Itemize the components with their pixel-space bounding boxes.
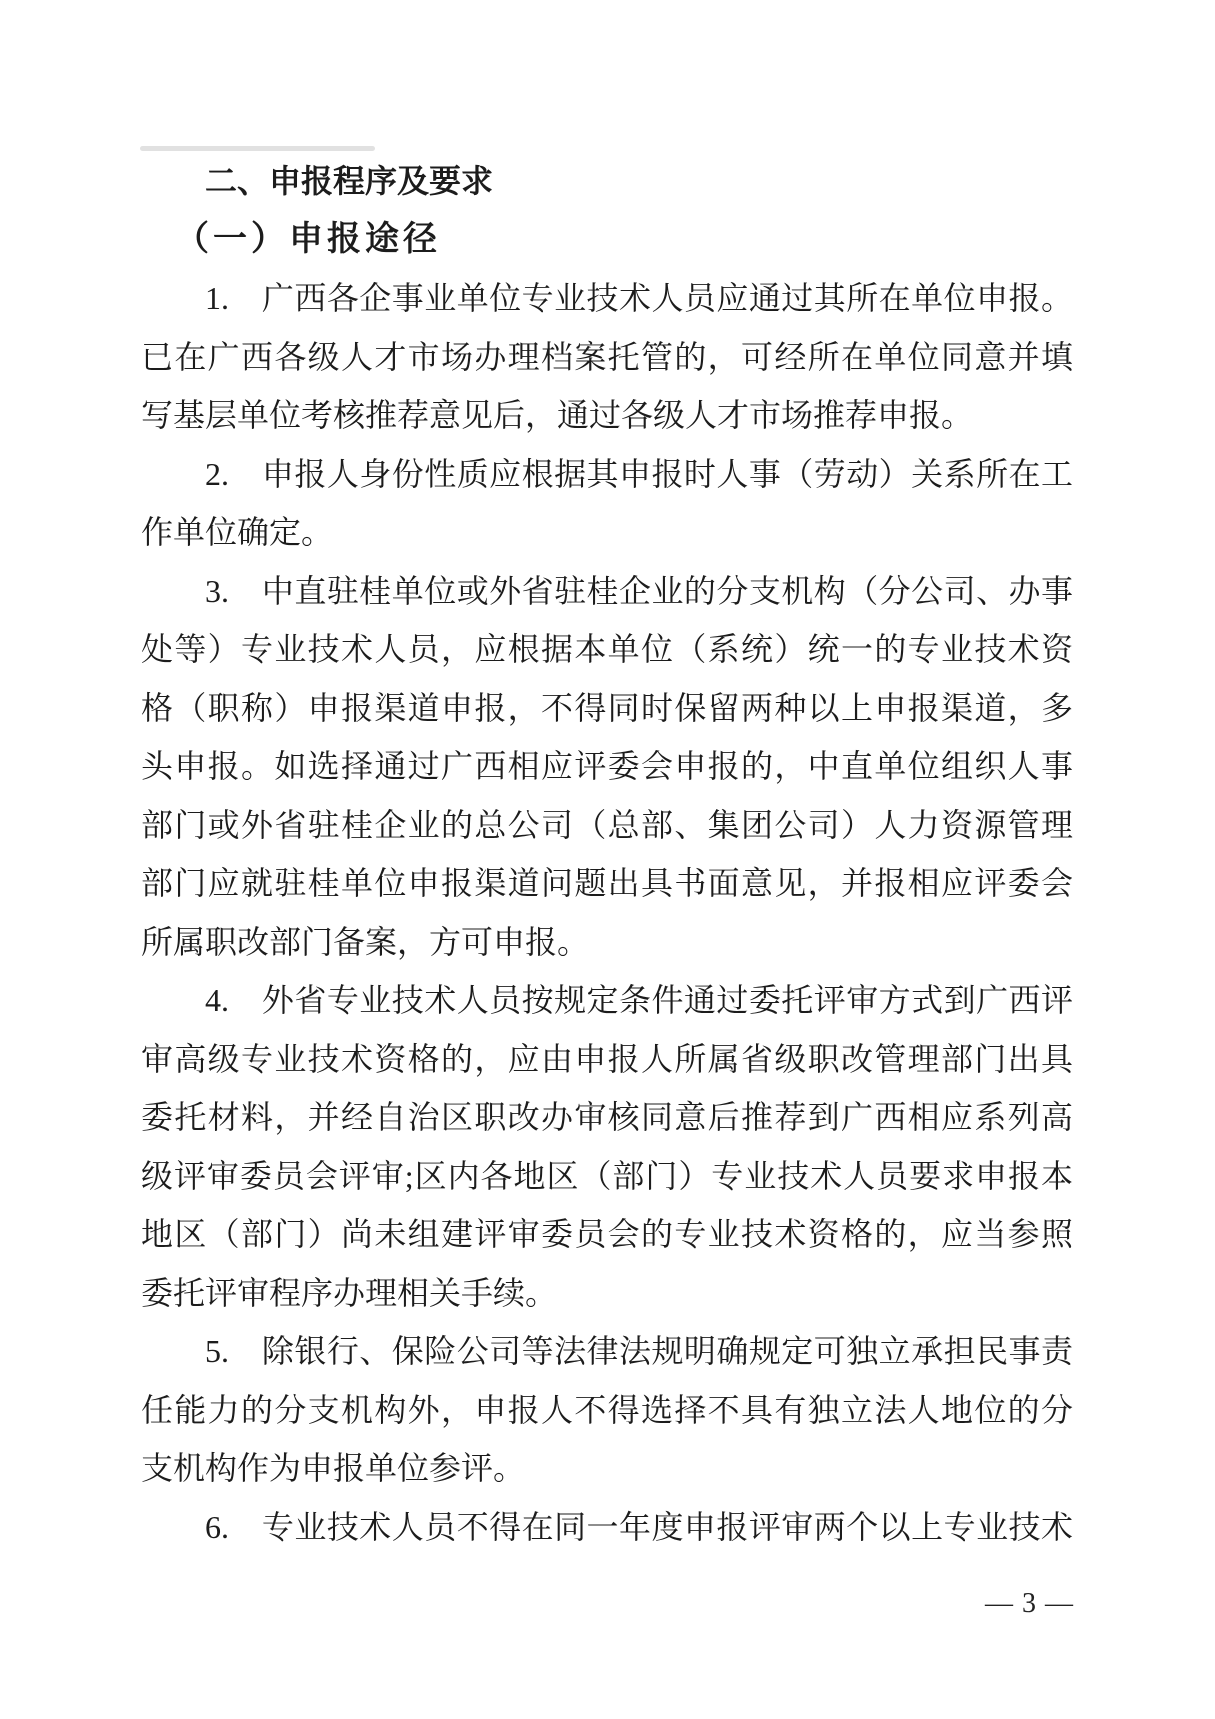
section-heading: 二、申报程序及要求 bbox=[141, 152, 1073, 211]
paragraph-line: 2. 申报人身份性质应根据其申报时人事（劳动）关系所在工 bbox=[141, 445, 1073, 504]
paragraph-line: 部门应就驻桂单位申报渠道问题出具书面意见，并报相应评委会 bbox=[141, 854, 1073, 913]
paragraph-1: 1. 广西各企事业单位专业技术人员应通过其所在单位申报。 已在广西各级人才市场办… bbox=[141, 269, 1073, 445]
document-content: 二、申报程序及要求 （一）申报途径 1. 广西各企事业单位专业技术人员应通过其所… bbox=[141, 152, 1073, 1556]
paragraph-line: 地区（部门）尚未组建评审委员会的专业技术资格的，应当参照 bbox=[141, 1205, 1073, 1264]
paragraph-3: 3. 中直驻桂单位或外省驻桂企业的分支机构（分公司、办事 处等）专业技术人员，应… bbox=[141, 562, 1073, 972]
paragraph-6: 6. 专业技术人员不得在同一年度申报评审两个以上专业技术 bbox=[141, 1498, 1073, 1557]
paragraph-line: 5. 除银行、保险公司等法律法规明确规定可独立承担民事责 bbox=[141, 1322, 1073, 1381]
subsection-heading: （一）申报途径 bbox=[141, 211, 1073, 270]
paragraph-line: 所属职改部门备案，方可申报。 bbox=[141, 913, 1073, 972]
paragraph-4: 4. 外省专业技术人员按规定条件通过委托评审方式到广西评 审高级专业技术资格的，… bbox=[141, 971, 1073, 1322]
document-page: 二、申报程序及要求 （一）申报途径 1. 广西各企事业单位专业技术人员应通过其所… bbox=[0, 0, 1215, 1719]
paragraph-line: 已在广西各级人才市场办理档案托管的，可经所在单位同意并填 bbox=[141, 328, 1073, 387]
scan-artifact bbox=[140, 146, 375, 151]
paragraph-line: 作单位确定。 bbox=[141, 503, 1073, 562]
paragraph-line: 任能力的分支机构外，申报人不得选择不具有独立法人地位的分 bbox=[141, 1381, 1073, 1440]
paragraph-line: 3. 中直驻桂单位或外省驻桂企业的分支机构（分公司、办事 bbox=[141, 562, 1073, 621]
paragraph-line: 处等）专业技术人员，应根据本单位（系统）统一的专业技术资 bbox=[141, 620, 1073, 679]
paragraph-line: 格（职称）申报渠道申报，不得同时保留两种以上申报渠道，多 bbox=[141, 679, 1073, 738]
paragraph-line: 写基层单位考核推荐意见后，通过各级人才市场推荐申报。 bbox=[141, 386, 1073, 445]
paragraph-line: 审高级专业技术资格的，应由申报人所属省级职改管理部门出具 bbox=[141, 1030, 1073, 1089]
paragraph-line: 头申报。如选择通过广西相应评委会申报的，中直单位组织人事 bbox=[141, 737, 1073, 796]
paragraph-line: 部门或外省驻桂企业的总公司（总部、集团公司）人力资源管理 bbox=[141, 796, 1073, 855]
paragraph-2: 2. 申报人身份性质应根据其申报时人事（劳动）关系所在工 作单位确定。 bbox=[141, 445, 1073, 562]
paragraph-line: 级评审委员会评审;区内各地区（部门）专业技术人员要求申报本 bbox=[141, 1147, 1073, 1206]
paragraph-line: 委托评审程序办理相关手续。 bbox=[141, 1264, 1073, 1323]
paragraph-5: 5. 除银行、保险公司等法律法规明确规定可独立承担民事责 任能力的分支机构外，申… bbox=[141, 1322, 1073, 1498]
paragraph-line: 4. 外省专业技术人员按规定条件通过委托评审方式到广西评 bbox=[141, 971, 1073, 1030]
paragraph-line: 委托材料，并经自治区职改办审核同意后推荐到广西相应系列高 bbox=[141, 1088, 1073, 1147]
paragraph-line: 6. 专业技术人员不得在同一年度申报评审两个以上专业技术 bbox=[141, 1498, 1073, 1557]
page-number: — 3 — bbox=[985, 1588, 1085, 1620]
paragraph-line: 支机构作为申报单位参评。 bbox=[141, 1439, 1073, 1498]
paragraph-line: 1. 广西各企事业单位专业技术人员应通过其所在单位申报。 bbox=[141, 269, 1073, 328]
